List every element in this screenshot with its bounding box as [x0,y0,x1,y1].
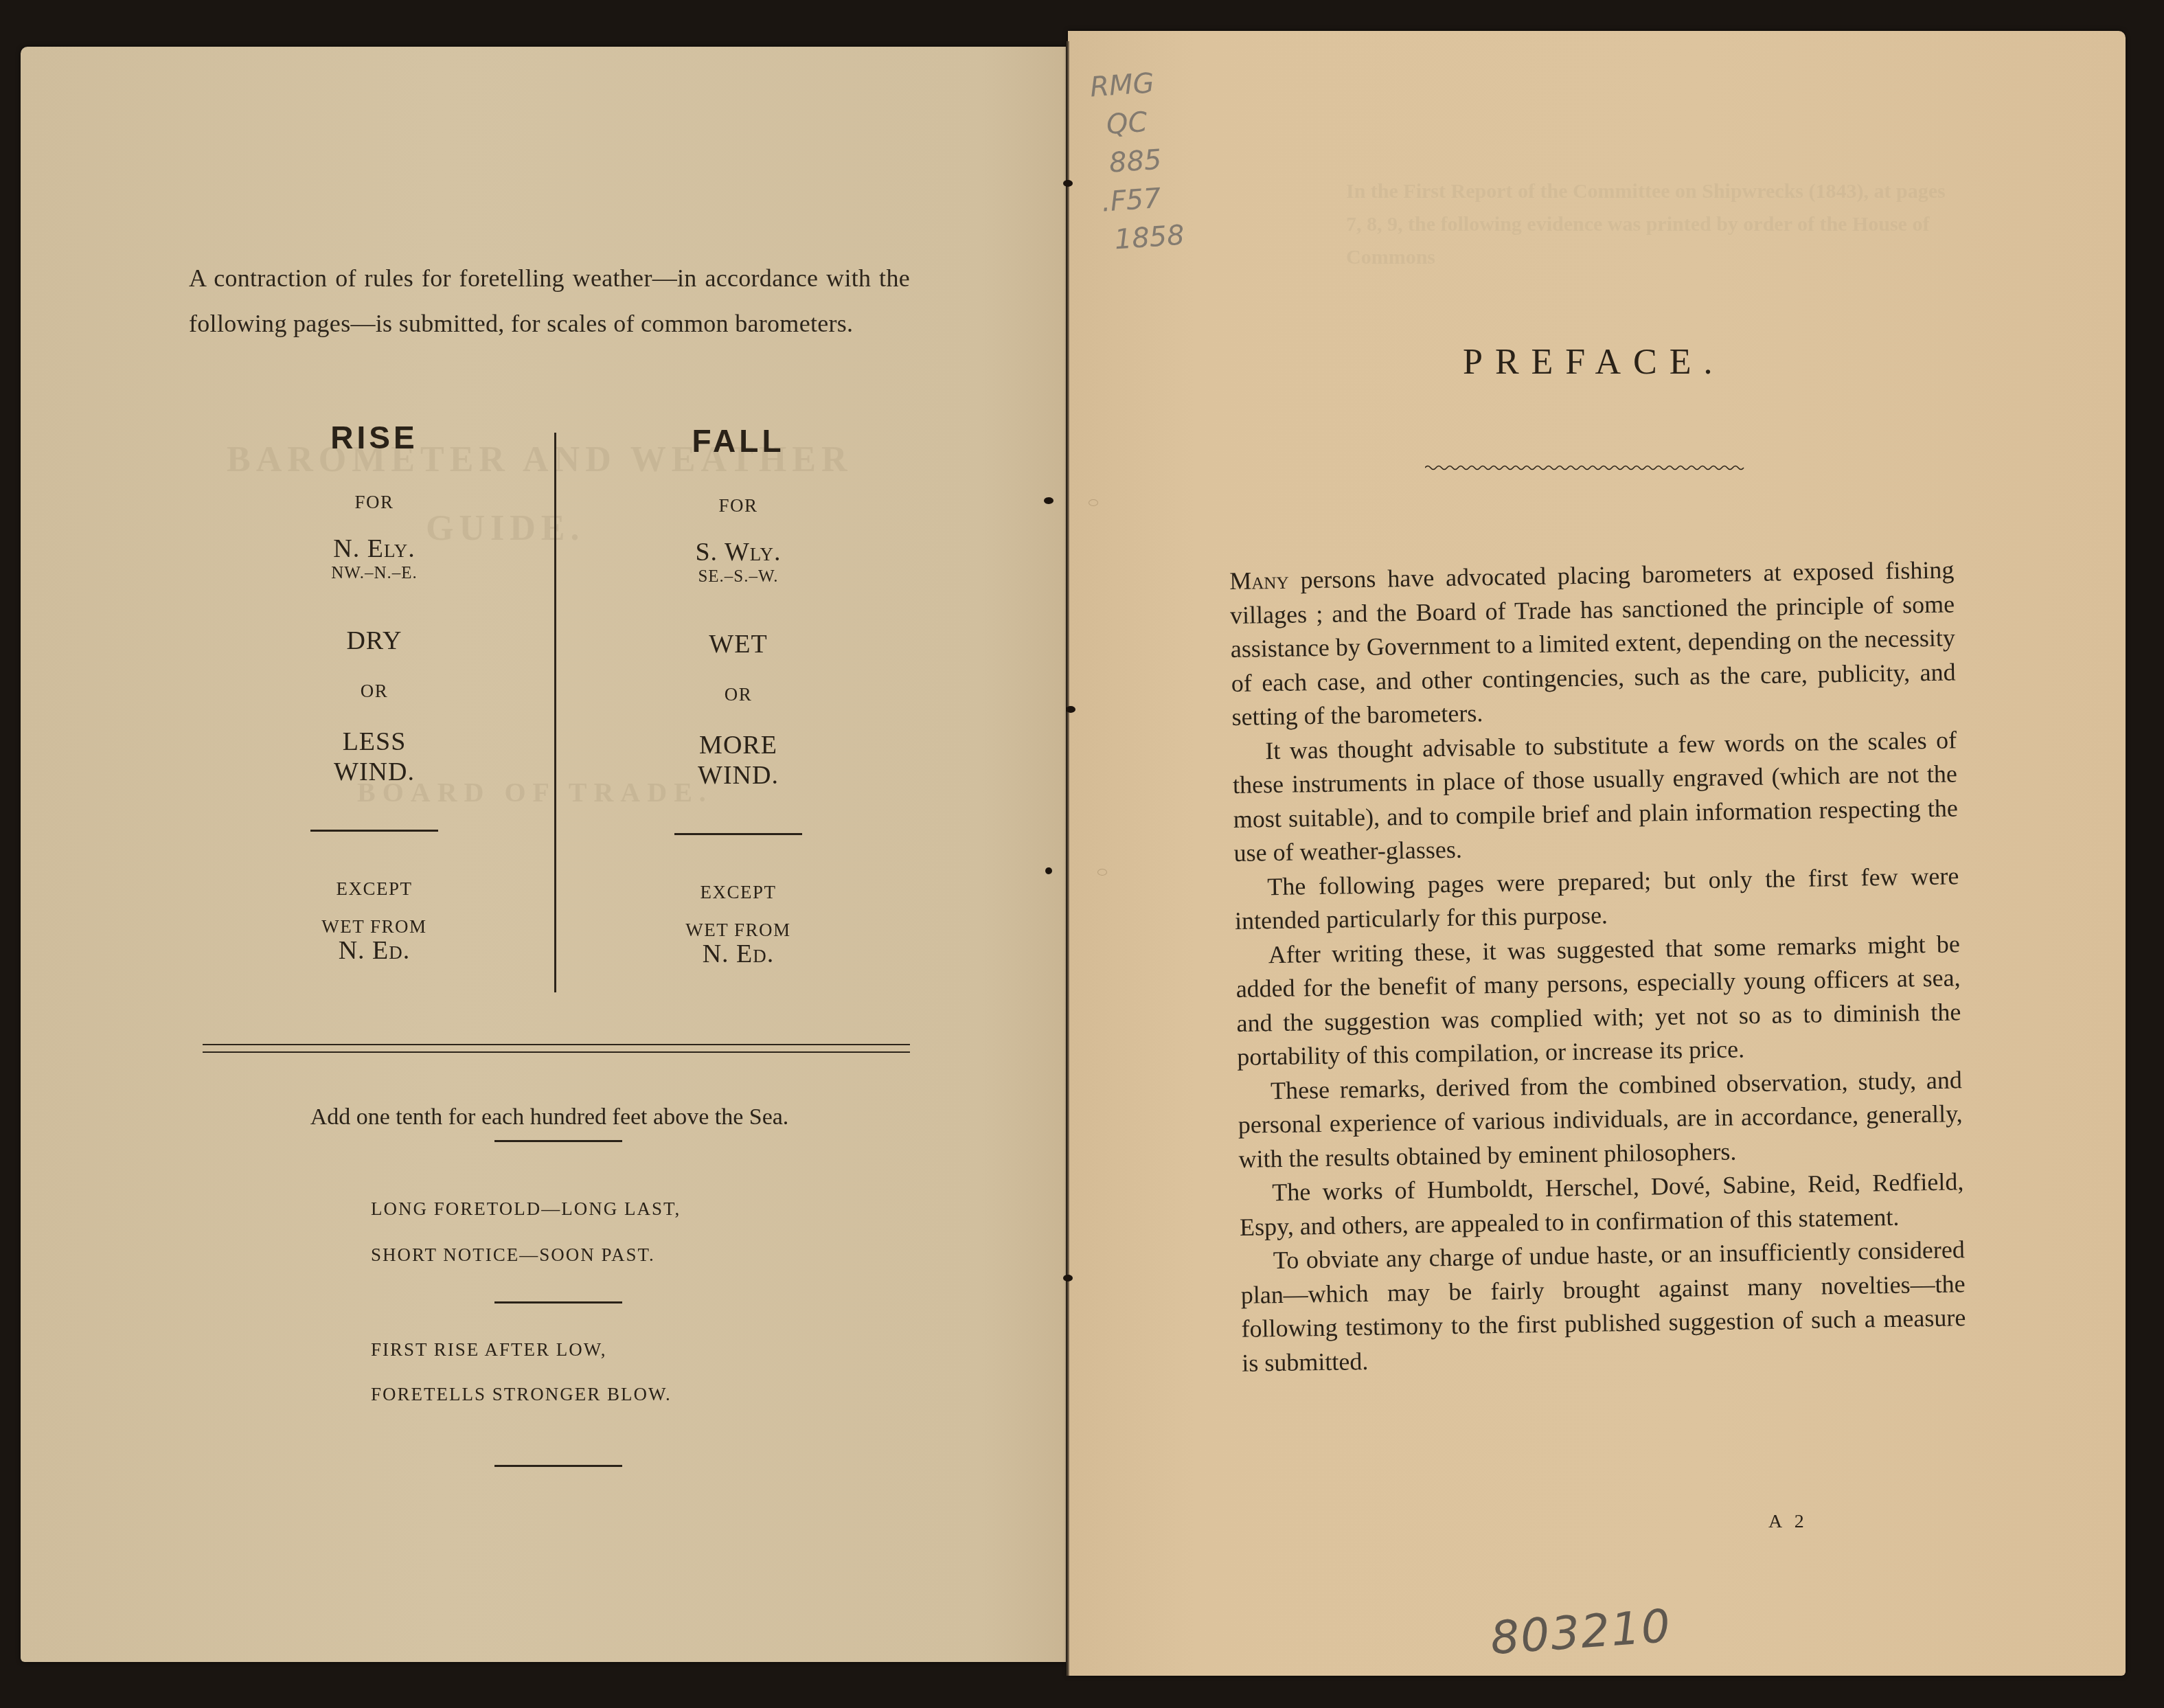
binding-hole [1045,867,1052,874]
binding-hole [1063,180,1073,187]
column-divider [554,433,556,992]
pencil-call-number: RMG QC 885 .F57 1858 [1089,62,1185,260]
fall-rule [674,833,802,835]
rise-condition: DRY [251,626,498,656]
intro-paragraph: A contraction of rules for foretelling w… [189,255,910,346]
fall-directions: SE.–S.–W. [615,567,862,587]
preface-body: Many persons have advocated placing baro… [1229,553,1967,1380]
call-number-line: 885 [1108,139,1180,183]
rise-for: FOR [251,492,498,513]
short-rule [494,1465,622,1467]
call-number-line: RMG [1089,62,1174,106]
lead-word: Many [1229,567,1289,595]
paragraph: The works of Humboldt, Herschel, Dové, S… [1239,1165,1964,1244]
rise-directions: NW.–N.–E. [251,564,498,583]
paragraph: The following pages were prepared; but o… [1234,859,1959,939]
binding-hole [1097,869,1107,876]
short-rule [494,1301,622,1303]
call-number-line: .F57 [1100,178,1183,222]
fall-for: FOR [615,495,862,516]
fall-heading: FALL [615,422,862,464]
fall-exception-dir: N. Ed. [615,941,862,967]
fall-wind-strength-1: MORE [615,730,862,760]
fall-condition: WET [615,629,862,659]
rise-wind-strength-1: LESS [251,727,498,757]
rise-or: OR [251,681,498,702]
rise-wind-strength-2: WIND. [251,757,498,787]
bleed-through-text: In the First Report of the Committee on … [1346,175,1964,274]
short-rule [494,1140,622,1142]
fall-column: FALL FOR S. Wly. SE.–S.–W. WET OR MORE W… [615,422,862,967]
wavy-rule [1425,464,1748,471]
rise-heading: RISE [251,419,498,460]
rise-except: EXCEPT [251,878,498,900]
fall-or: OR [615,684,862,705]
binding-hole [1089,499,1098,506]
signature-mark: A 2 [1768,1511,1808,1533]
maxim-line-2: SHORT NOTICE—SOON PAST. [371,1244,655,1266]
paragraph: These remarks, derived from the combined… [1238,1063,1963,1176]
altitude-note: Add one tenth for each hundred feet abov… [189,1104,910,1130]
double-rule [203,1044,910,1053]
page-title: PREFACE. [1463,342,1724,383]
binding-hole [1044,497,1053,504]
paragraph: It was thought advisable to substitute a… [1232,723,1959,871]
maxim-line-1: LONG FORETOLD—LONG LAST, [371,1198,681,1220]
call-number-line: 1858 [1113,216,1185,260]
paragraph-text: persons have advocated placing barometer… [1230,556,1956,731]
fall-wind: S. Wly. [615,537,862,567]
fall-except: EXCEPT [615,882,862,903]
paragraph: After writing these, it was suggested th… [1235,927,1962,1075]
fall-wind-strength-2: WIND. [615,760,862,790]
binding-hole [1066,706,1075,713]
maxim-line-3: FIRST RISE AFTER LOW, [371,1339,607,1360]
rise-rule [310,830,438,832]
rise-wet-from: WET FROM [251,916,498,937]
rise-wind: N. Ely. [251,534,498,564]
paragraph: To obviate any charge of undue haste, or… [1240,1233,1967,1380]
book-spine [1067,41,1069,1676]
maxim-line-4: FORETELLS STRONGER BLOW. [371,1384,672,1405]
rise-column: RISE FOR N. Ely. NW.–N.–E. DRY OR LESS W… [251,419,498,964]
rise-exception-dir: N. Ed. [251,937,498,964]
paragraph: Many persons have advocated placing baro… [1229,553,1957,734]
fall-wet-from: WET FROM [615,920,862,941]
call-number-line: QC [1105,101,1177,144]
binding-hole [1063,1275,1073,1282]
